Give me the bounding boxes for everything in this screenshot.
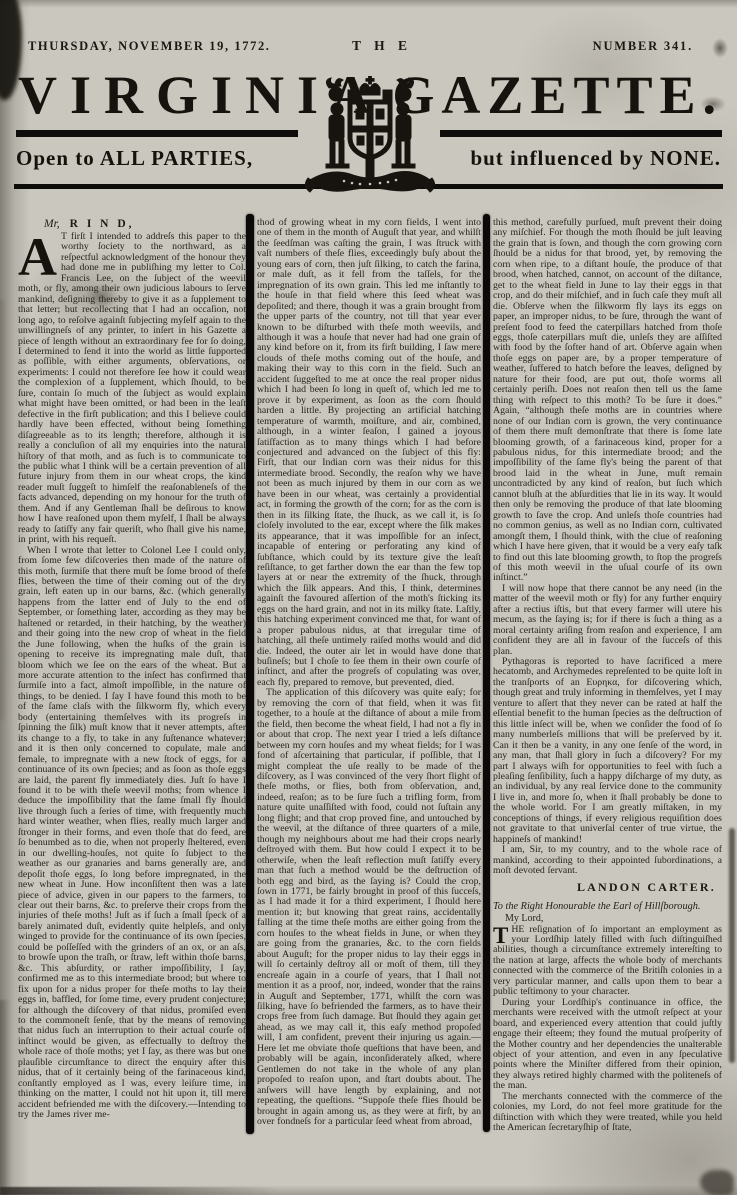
article-paragraph: Pythagoras is reported to have ſacrifice…	[493, 657, 722, 845]
article-paragraph: this method, carefully purſued, muſt pre…	[493, 218, 722, 584]
scan-stain-bottom-right	[700, 1170, 734, 1195]
article-paragraph: I am, Sir, to my country, and to the who…	[493, 845, 722, 876]
article-paragraph: THE reſignation of ſo important an emplo…	[493, 925, 722, 998]
motto-right: but influenced by NONE.	[470, 146, 721, 171]
article-paragraph: During your Lordſhip's continuance in of…	[493, 998, 722, 1092]
issue-number: NUMBER 341.	[593, 39, 693, 54]
paragraph-text: HE reſignation of ſo important an employ…	[493, 924, 722, 998]
column-3: this method, carefully purſued, muſt pre…	[493, 218, 722, 1134]
scan-stain-left-edge	[0, 300, 7, 720]
drop-cap: T	[493, 926, 508, 945]
column-2: thod of growing wheat in my corn fields,…	[257, 218, 481, 1134]
article-paragraph: When I wrote that letter to Colonel Lee …	[18, 546, 246, 1121]
masthead-rule-left	[16, 130, 298, 137]
masthead-the: T H E	[352, 38, 412, 54]
article-paragraph: I will now hope that there cannot be any…	[493, 584, 722, 657]
column-1: Mr,R I N D, AT firſt I intended to addre…	[18, 218, 246, 1134]
letter-signature: LANDON CARTER.	[493, 880, 716, 895]
letter-heading-hillsborough: To the Right Honourable the Earl of Hill…	[493, 901, 722, 912]
salutation-name: R I N D,	[70, 218, 135, 230]
masthead-rule-right	[440, 130, 722, 137]
drop-cap: A	[18, 235, 57, 279]
column-divider-1	[246, 214, 254, 1134]
letter-salutation-my-lord: My Lord,	[505, 913, 722, 924]
coat-of-arms-icon	[296, 76, 444, 206]
scan-line-bottom-edge	[0, 1187, 280, 1195]
salutation-prefix: Mr,	[44, 218, 60, 230]
scan-streak-right-edge	[729, 828, 735, 1063]
motto-left: Open to ALL PARTIES,	[16, 146, 253, 171]
scan-stain-top-right	[712, 38, 728, 58]
letter-salutation: Mr,R I N D,	[44, 218, 246, 231]
article-paragraph: The merchants connected with the commerc…	[493, 1092, 722, 1134]
article-paragraph: The application of this diſcovery was qu…	[257, 688, 481, 1127]
article-paragraph: AT firſt I intended to addreſs this pape…	[18, 232, 246, 546]
issue-date: THURSDAY, NOVEMBER 19, 1772.	[28, 39, 271, 54]
article-paragraph: thod of growing wheat in my corn fields,…	[257, 218, 481, 688]
column-divider-2	[483, 214, 490, 1132]
scan-stain-left-lower	[0, 1000, 10, 1195]
newspaper-page: THURSDAY, NOVEMBER 19, 1772. T H E NUMBE…	[0, 0, 737, 1195]
